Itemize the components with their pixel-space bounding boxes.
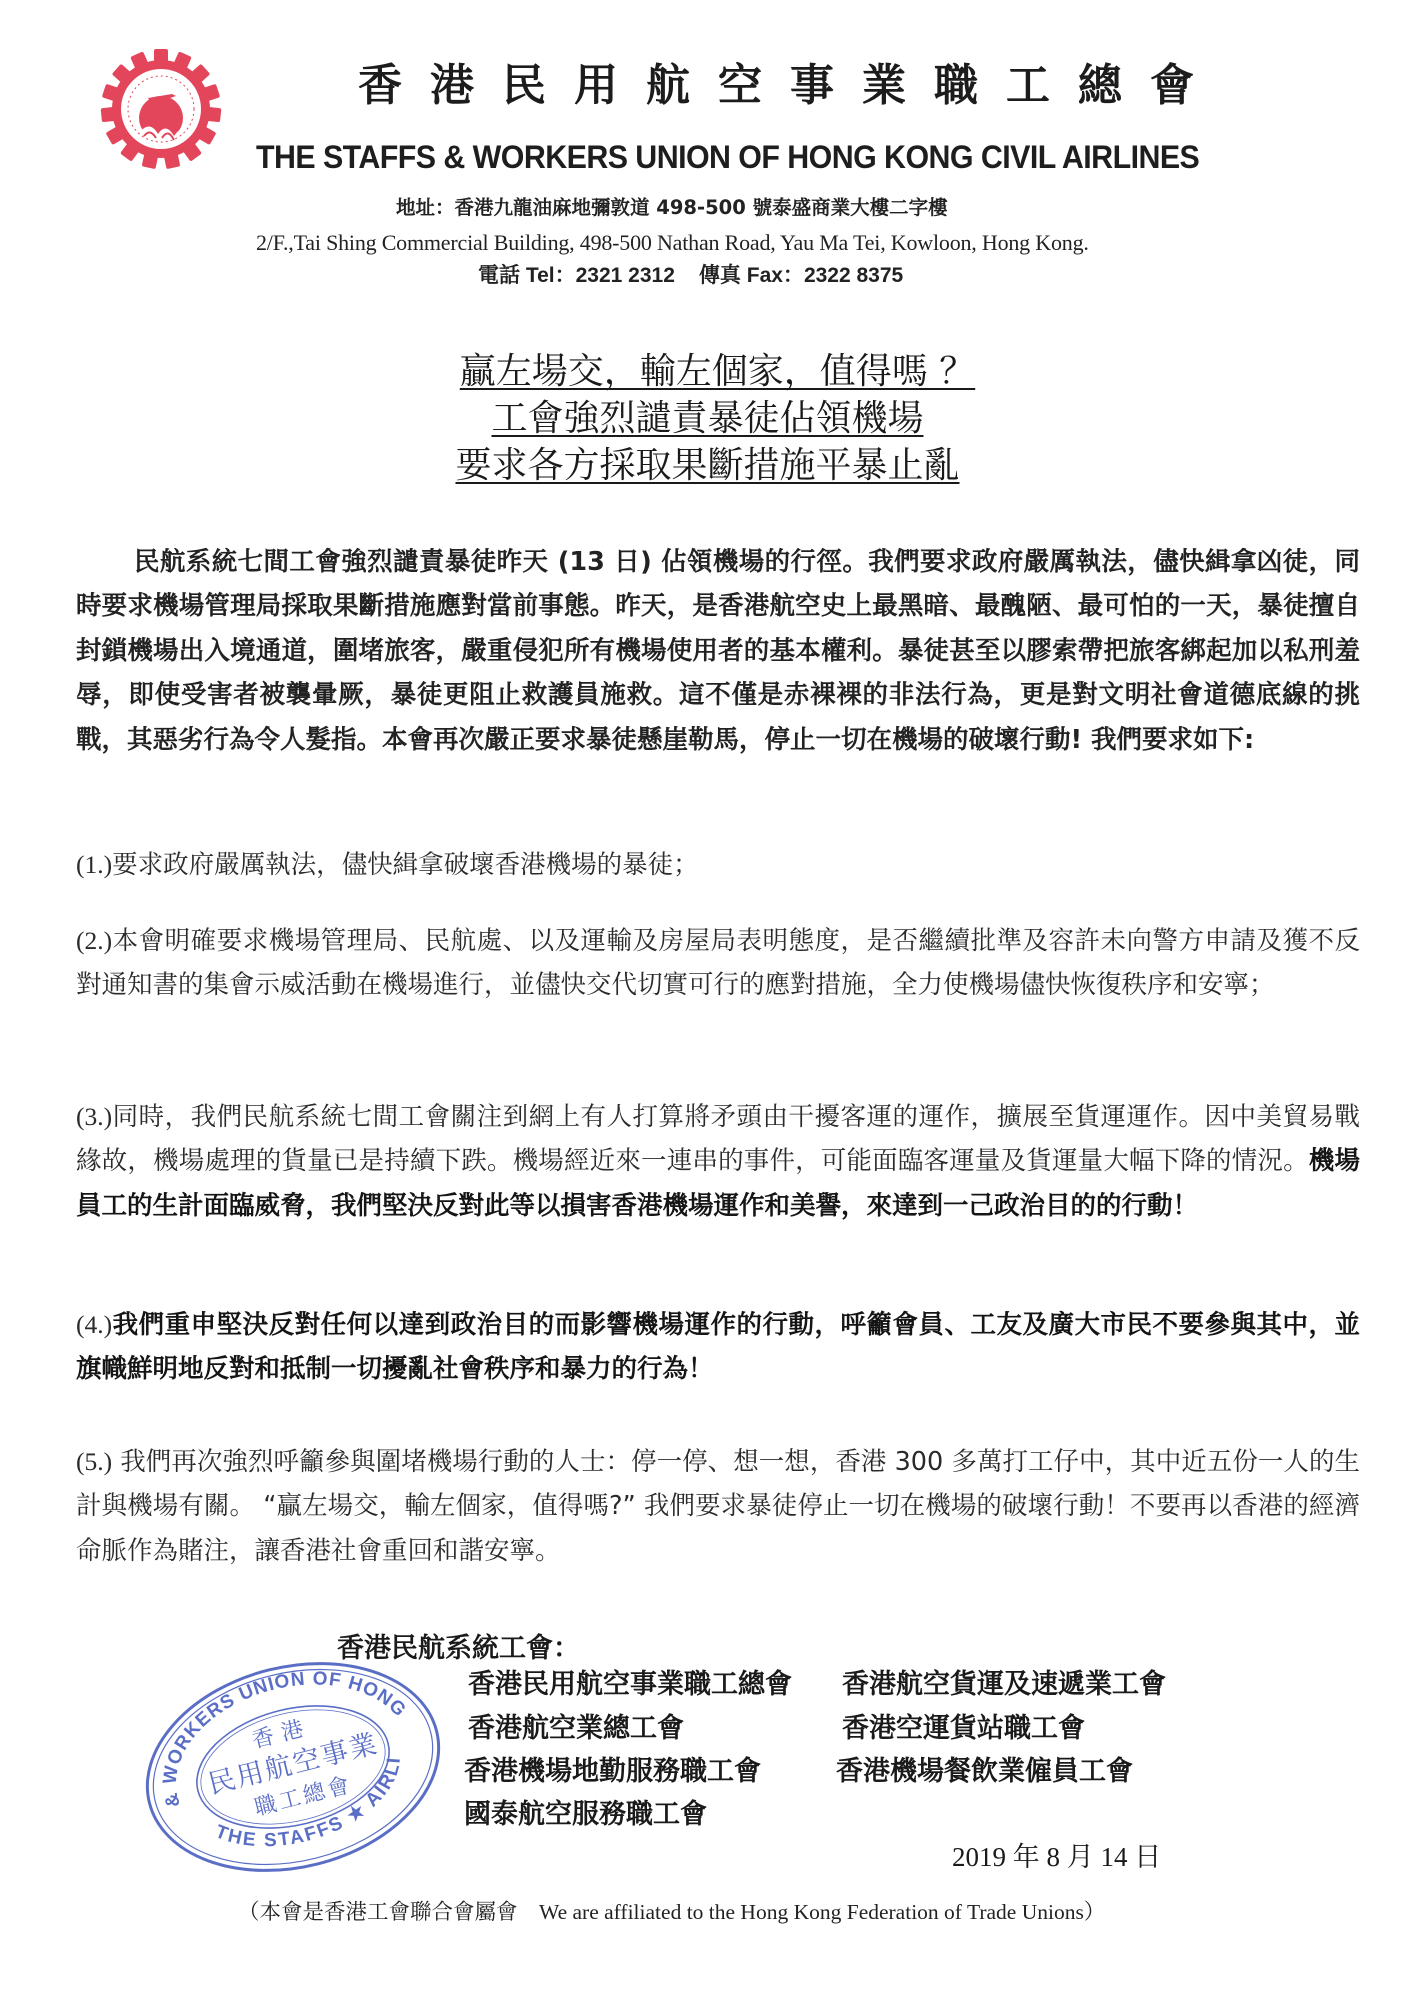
item-number: (1.) bbox=[76, 850, 112, 879]
union-logo bbox=[100, 48, 222, 170]
item-text: 本會明確要求機場管理局、民航處、以及運輸及房屋局表明態度，是否繼續批準及容許未向… bbox=[76, 926, 1360, 1000]
item-text: 同時，我們民航系統七間工會關注到網上有人打算將矛頭由干擾客運的運作，擴展至貨運運… bbox=[76, 1102, 1360, 1176]
demand-item-3: (3.)同時，我們民航系統七間工會關注到網上有人打算將矛頭由干擾客運的運作，擴展… bbox=[76, 1095, 1360, 1228]
union-name: 香港機場餐飲業僱員工會 bbox=[836, 1755, 1133, 1789]
demand-item-4: (4.)我們重申堅決反對任何以達到政治目的而影響機場運作的行動，呼籲會員、工友及… bbox=[76, 1303, 1360, 1392]
tel-label: 電話 Tel： bbox=[478, 264, 576, 287]
union-name: 香港空運貨站職工會 bbox=[842, 1712, 1085, 1746]
affiliation-note: （本會是香港工會聯合會屬會 We are affiliated to the H… bbox=[238, 1898, 1105, 1926]
intro-paragraph: 民航系統七間工會強烈譴責暴徒昨天 (13 日) 佔領機場的行徑。我們要求政府嚴厲… bbox=[76, 540, 1360, 762]
item-emphasis: 我們重申堅決反對任何以達到政治目的而影響機場運作的行動，呼籲會員、工友及廣大市民… bbox=[76, 1310, 1360, 1384]
tel-number: 2321 2312 bbox=[576, 264, 675, 287]
demand-item-2: (2.)本會明確要求機場管理局、民航處、以及運輸及房屋局表明態度，是否繼續批準及… bbox=[76, 919, 1360, 1008]
headline-line-2: 工會強烈譴責暴徒佔領機場 bbox=[0, 397, 1415, 441]
address-english: 2/F.,Tai Shing Commercial Building, 498-… bbox=[256, 229, 1089, 257]
headline-line-3: 要求各方採取果斷措施平暴止亂 bbox=[0, 444, 1415, 488]
letter-date: 2019 年 8 月 14 日 bbox=[952, 1840, 1161, 1874]
item-number: (3.) bbox=[76, 1102, 112, 1131]
union-name: 國泰航空服務職工會 bbox=[464, 1798, 707, 1832]
headline-text: 工會強烈譴責暴徒佔領機場 bbox=[491, 398, 923, 439]
union-name: 香港航空貨運及速遞業工會 bbox=[842, 1668, 1166, 1702]
union-name: 香港民用航空事業職工總會 bbox=[468, 1668, 792, 1702]
union-name: 香港航空業總工會 bbox=[468, 1712, 684, 1746]
fax-label: 傳真 Fax： bbox=[699, 264, 804, 287]
fax-number: 2322 8375 bbox=[804, 264, 903, 287]
union-gear-emblem-icon bbox=[100, 48, 222, 170]
item-number: (4.) bbox=[76, 1310, 112, 1339]
org-name-chinese: 香港民用航空事業職工總會 bbox=[358, 60, 1222, 112]
org-name-english: THE STAFFS & WORKERS UNION OF HONG KONG … bbox=[256, 138, 1199, 176]
item-text: 我們再次強烈呼籲參與圍堵機場行動的人士：停一停、想一想，香港 300 多萬打工仔… bbox=[76, 1447, 1360, 1566]
union-name: 香港機場地勤服務職工會 bbox=[464, 1755, 761, 1789]
headline-text: 要求各方採取果斷措施平暴止亂 bbox=[455, 445, 959, 486]
address-chinese: 地址：香港九龍油麻地彌敦道 498-500 號泰盛商業大樓二字樓 bbox=[396, 196, 948, 220]
demand-item-1: (1.)要求政府嚴厲執法，儘快緝拿破壞香港機場的暴徒； bbox=[76, 843, 1360, 887]
item-text: 要求政府嚴厲執法，儘快緝拿破壞香港機場的暴徒； bbox=[112, 850, 699, 880]
contact-line: 電話 Tel：2321 2312傳真 Fax：2322 8375 bbox=[478, 263, 903, 289]
demand-item-5: (5.) 我們再次強烈呼籲參與圍堵機場行動的人士：停一停、想一想，香港 300 … bbox=[76, 1440, 1360, 1573]
headline-text: 贏左場交，輸左個家，值得嗎 ？ bbox=[460, 351, 975, 392]
item-number: (5.) bbox=[76, 1447, 112, 1476]
item-number: (2.) bbox=[76, 926, 112, 955]
union-seal-stamp-icon: & WORKERS UNION OF HONG KONG CIVIL THE S… bbox=[138, 1655, 448, 1880]
headline-line-1: 贏左場交，輸左個家，值得嗎 ？ bbox=[0, 350, 1415, 394]
union-stamp: & WORKERS UNION OF HONG KONG CIVIL THE S… bbox=[138, 1655, 448, 1880]
